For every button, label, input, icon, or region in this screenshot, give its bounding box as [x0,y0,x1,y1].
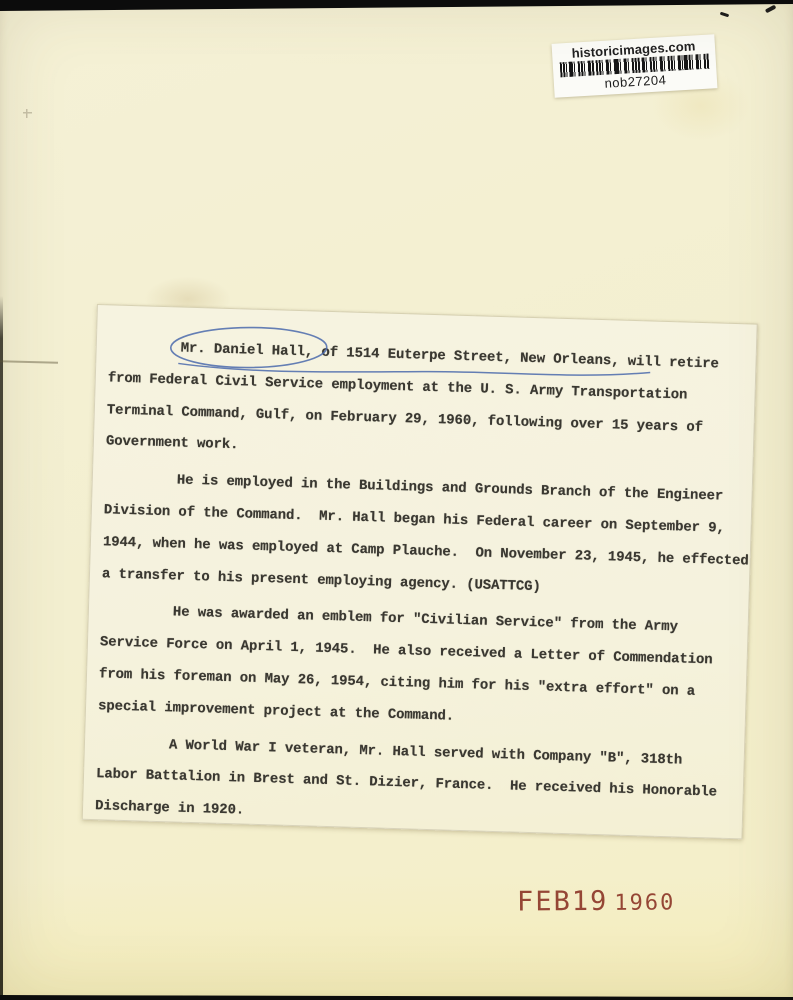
caption-paragraph: He is employed in the Buildings and Grou… [101,464,751,610]
barcode-sticker: historicimages.com nob27204 [552,34,718,98]
paper-crease [0,360,58,363]
scanned-photo-back: { "theme": { "paper": "#f3efd0", "sheet"… [0,0,793,1000]
caption-paragraph: He was awarded an emblem for "Civilian S… [98,596,748,742]
paper-background: historicimages.com nob27204 Mr. Daniel H… [0,0,793,1000]
caption-paragraph: A World War I veteran, Mr. Hall served w… [95,728,745,843]
date-stamp-year: 1960 [614,890,675,915]
caption-sheet: Mr. Daniel Hall, of 1514 Euterpe Street,… [82,304,758,839]
date-stamp: FEB19 1960 [517,885,675,917]
photo-edge-left [0,296,3,1000]
caption-paragraph: Mr. Daniel Hall, of 1514 Euterpe Street,… [105,331,755,477]
ink-speck [720,12,729,18]
paper-mark [22,108,32,118]
ink-speck [765,5,776,13]
date-stamp-month-day: FEB19 [517,886,608,918]
